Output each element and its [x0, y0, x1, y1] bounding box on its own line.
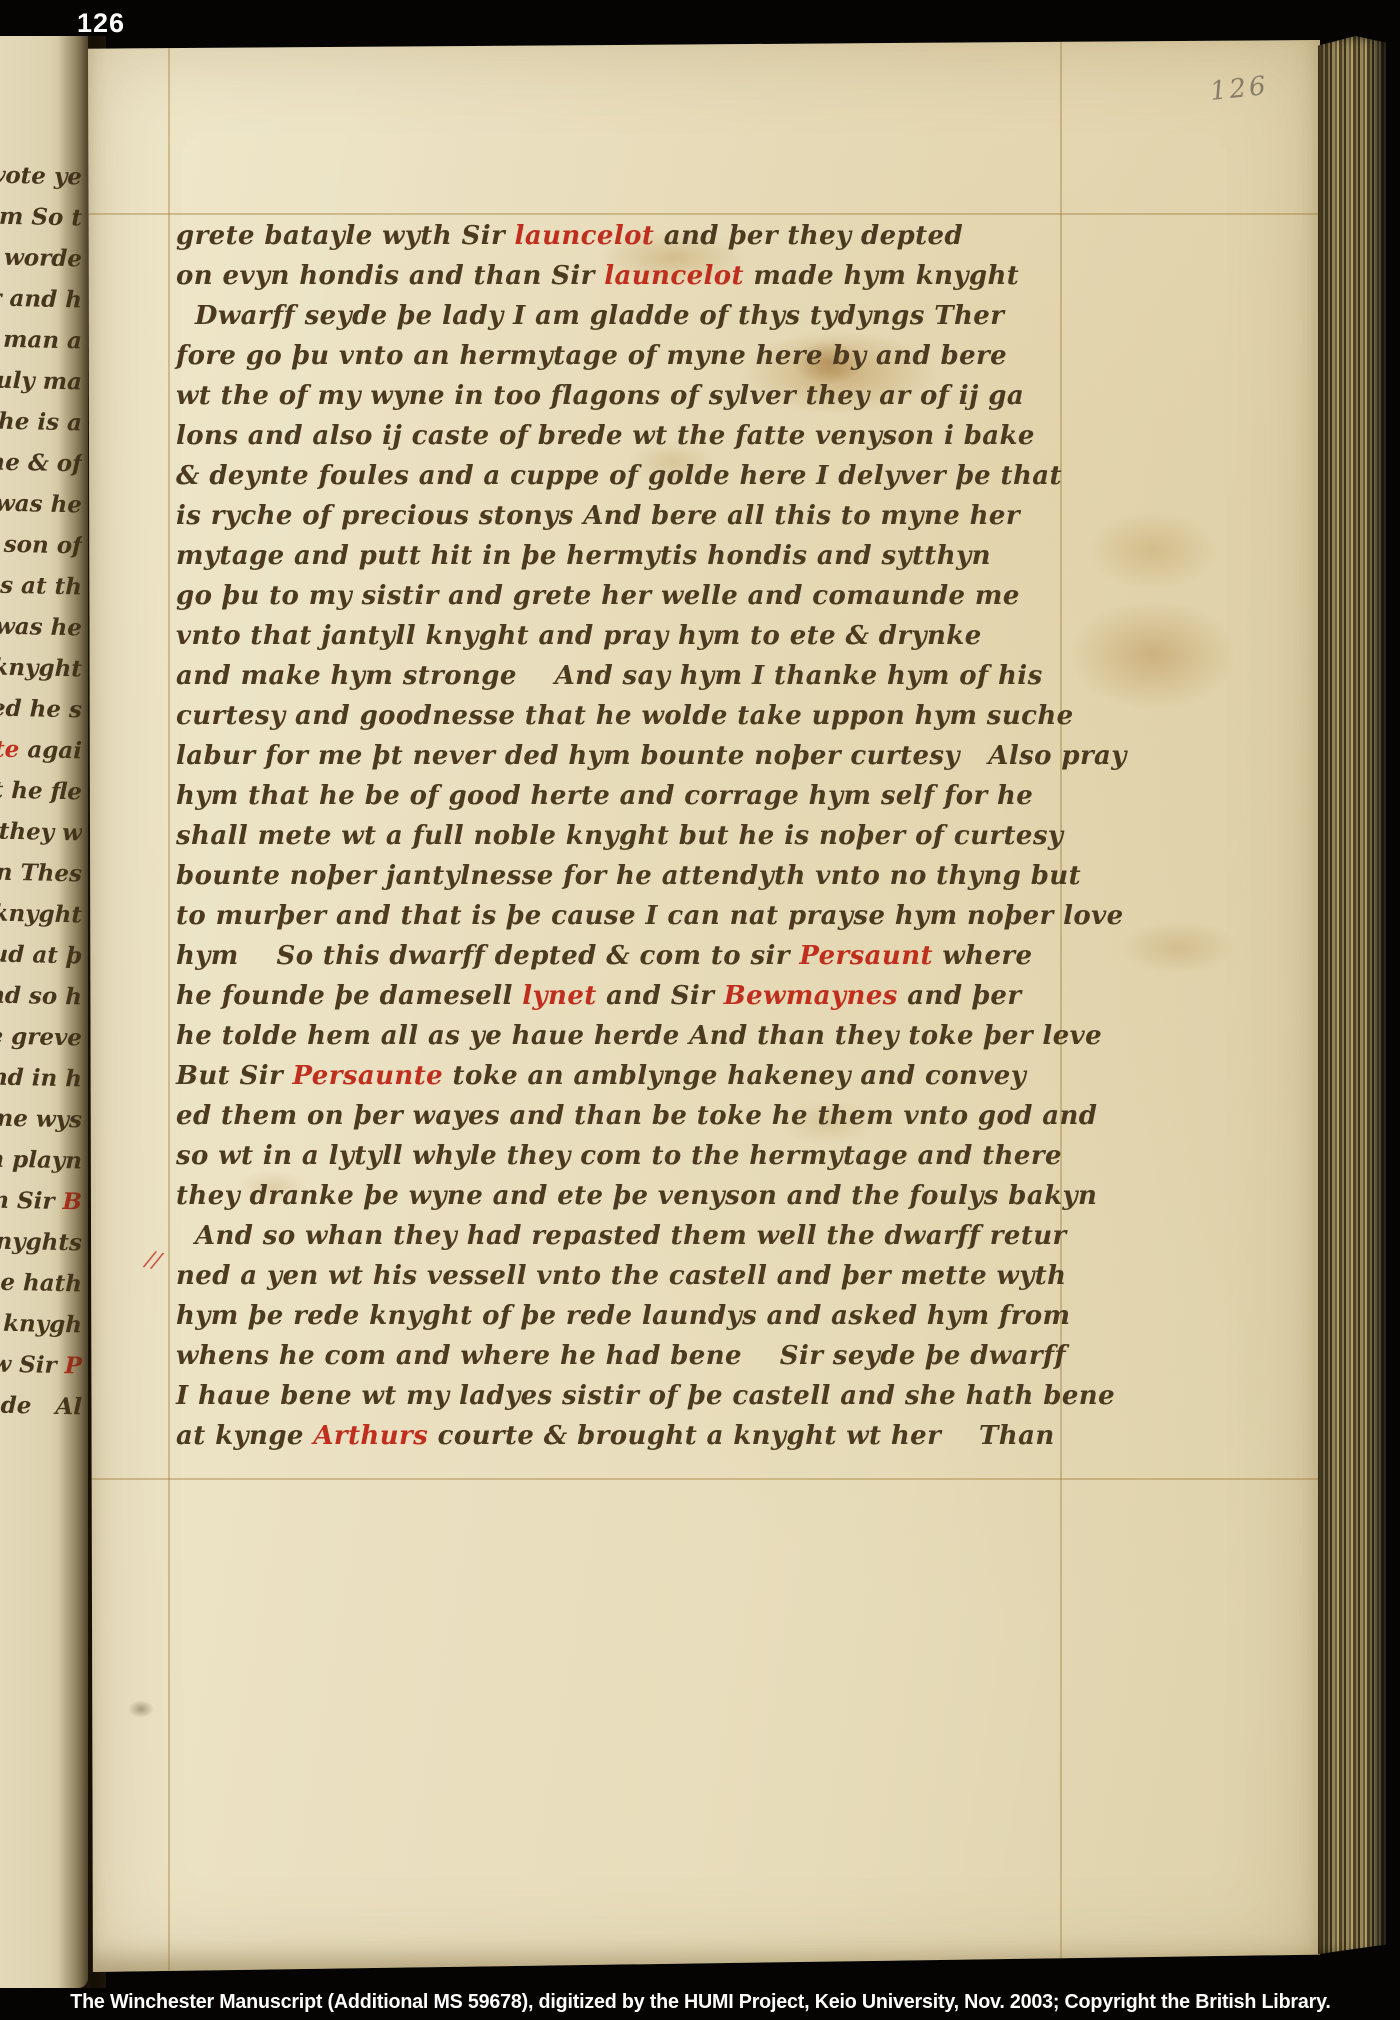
ink-text: hym þe rede knyght of þe rede laundys an…	[176, 1301, 1070, 1331]
rubric-red-text: Arthurs	[313, 1421, 428, 1451]
caption-text: The Winchester Manuscript (Additional MS…	[70, 1990, 1330, 2014]
ink-text: and make hym stronge And say hym I thank…	[176, 661, 1043, 691]
page-number-label: 126	[77, 8, 125, 39]
manuscript-line: I haue bene wt my ladyes sistir of þe ca…	[176, 1376, 1126, 1416]
manuscript-line: Dwarff seyde þe lady I am gladde of thys…	[176, 296, 1126, 336]
manuscript-line: whens he com and where he had bene Sir s…	[176, 1336, 1126, 1376]
manuscript-line: lons and also ij caste of brede wt the f…	[176, 416, 1126, 456]
ink-text: whens he com and where he had bene Sir s…	[176, 1341, 1066, 1371]
ink-text: where	[933, 941, 1033, 971]
rubric-red-text: Bewmaynes	[724, 981, 898, 1011]
manuscript-line: they dranke þe wyne and ete þe venyson a…	[176, 1176, 1126, 1216]
ink-text: curtesy and goodnesse that he wolde take…	[176, 701, 1074, 731]
manuscript-line: hym that he be of good herte and corrage…	[176, 776, 1126, 816]
ink-text: so wt in a lytyll whyle they com to the …	[176, 1141, 1062, 1171]
manuscript-line: hym þe rede knyght of þe rede laundys an…	[176, 1296, 1126, 1336]
manuscript-line: mytage and putt hit in þe hermytis hondi…	[176, 536, 1126, 576]
ink-text: of on com Sir	[0, 1184, 63, 1215]
manuscript-line: to murþer and that is þe cause I can nat…	[176, 896, 1126, 936]
ink-text: grete batayle wyth Sir	[176, 221, 515, 251]
ink-text: Dwarff seyde þe lady I am gladde of thys…	[176, 301, 1004, 331]
manuscript-line: labur for me þt never ded hym bounte noþ…	[176, 736, 1126, 776]
ruled-line-top	[88, 213, 1320, 215]
pencil-folio-number: 126	[1209, 71, 1270, 107]
ink-text: ntthrew Sir	[0, 1349, 65, 1379]
pencil-smudge	[128, 1700, 154, 1718]
manuscript-line: wt the of my wyne in too flagons of sylv…	[176, 376, 1126, 416]
marginal-mark: ∕∕	[144, 1247, 164, 1275]
ink-text: and þer	[898, 981, 1022, 1011]
ink-text: bounte noþer jantylnesse for he attendyt…	[176, 861, 1081, 891]
manuscript-line: at kynge Arthurs courte & brought a knyg…	[176, 1416, 1126, 1456]
manuscript-text-block: grete batayle wyth Sir launcelot and þer…	[176, 216, 1126, 1456]
ink-text: ned a yen wt his vessell vnto the castel…	[176, 1261, 1066, 1291]
ink-text: at kynge	[176, 1421, 313, 1451]
ink-text: to murþer and that is þe cause I can nat…	[176, 901, 1124, 931]
ink-text: he founde þe damesell	[176, 981, 522, 1011]
manuscript-line: and make hym stronge And say hym I thank…	[176, 656, 1126, 696]
ruled-line-bottom	[88, 1478, 1320, 1480]
ink-text: he tolde hem all as ye haue herde And th…	[176, 1021, 1102, 1051]
manuscript-line: is ryche of precious stonys And bere all…	[176, 496, 1126, 536]
ink-text: ed them on þer wayes and than be toke he…	[176, 1101, 1097, 1131]
ink-text: I haue bene wt my ladyes sistir of þe ca…	[176, 1381, 1115, 1411]
digitized-manuscript-viewer: 126 d yette wote yeght I am So teged had…	[0, 0, 1400, 2020]
manuscript-line: & deynte foules and a cuppe of golde her…	[176, 456, 1126, 496]
manuscript-line: curtesy and goodnesse that he wolde take…	[176, 696, 1126, 736]
ink-text: lons and also ij caste of brede wt the f…	[176, 421, 1035, 451]
ink-text: they dranke þe wyne and ete þe venyson a…	[176, 1181, 1097, 1211]
ink-text: toke an amblynge hakeney and convey	[443, 1061, 1026, 1091]
ink-text: shall mete wt a full noble knyght but he…	[176, 821, 1063, 851]
ink-text: courte & brought a knyght wt her Than	[428, 1421, 1055, 1451]
manuscript-line: so wt in a lytyll whyle they com to the …	[176, 1136, 1126, 1176]
manuscript-line: hym So this dwarff depted & com to sir P…	[176, 936, 1126, 976]
rubric-red-text: launcelot	[604, 261, 744, 291]
manuscript-line: And so whan they had repasted them well …	[176, 1216, 1126, 1256]
manuscript-line: ned a yen wt his vessell vnto the castel…	[176, 1256, 1126, 1296]
rubric-red-text: launcelot	[515, 221, 655, 251]
rubric-red-text: Persaunte	[293, 1061, 444, 1091]
manuscript-line: fore go þu vnto an hermytage of myne her…	[176, 336, 1126, 376]
rubric-red-text: ersaunte	[0, 734, 20, 763]
manuscript-line: grete batayle wyth Sir launcelot and þer…	[176, 216, 1126, 256]
ink-text: made hym knyght	[744, 261, 1019, 291]
ink-text: vnto that jantyll knyght and pray hym to…	[176, 621, 982, 651]
book-fore-edge	[1318, 36, 1386, 1956]
ink-text: fore go þu vnto an hermytage of myne her…	[176, 341, 1007, 371]
ink-text: hym So this dwarff depted & com to sir	[176, 941, 799, 971]
ink-text: and þer they depted	[654, 221, 963, 251]
ink-text: wt the of my wyne in too flagons of sylv…	[176, 381, 1024, 411]
manuscript-line: he founde þe damesell lynet and Sir Bewm…	[176, 976, 1126, 1016]
ink-text: labur for me þt never ded hym bounte noþ…	[176, 741, 1127, 771]
manuscript-page: 126 ∕∕ grete batayle wyth Sir launcelot …	[88, 40, 1320, 1972]
ink-text: is ryche of precious stonys And bere all…	[176, 501, 1020, 531]
ink-text: But Sir	[176, 1061, 293, 1091]
ruled-line-left-margin	[168, 40, 170, 1972]
manuscript-line: vnto that jantyll knyght and pray hym to…	[176, 616, 1126, 656]
ink-text: and Sir	[597, 981, 724, 1011]
rubric-red-text: lynet	[522, 981, 596, 1011]
manuscript-line: on evyn hondis and than Sir launcelot ma…	[176, 256, 1126, 296]
ink-text: & deynte foules and a cuppe of golde her…	[176, 461, 1062, 491]
manuscript-line: he tolde hem all as ye haue herde And th…	[176, 1016, 1126, 1056]
ink-text: And so whan they had repasted them well …	[176, 1221, 1067, 1251]
ink-text: on evyn hondis and than Sir	[176, 261, 604, 291]
stain	[1118, 920, 1238, 975]
manuscript-line: But Sir Persaunte toke an amblynge haken…	[176, 1056, 1126, 1096]
manuscript-line: bounte noþer jantylnesse for he attendyt…	[176, 856, 1126, 896]
ink-text: go þu to my sistir and grete her welle a…	[176, 581, 1020, 611]
rubric-red-text: Persaunt	[799, 941, 933, 971]
ink-text: hym that he be of good herte and corrage…	[176, 781, 1033, 811]
caption-bar: The Winchester Manuscript (Additional MS…	[0, 1970, 1400, 2020]
manuscript-line: ed them on þer wayes and than be toke he…	[176, 1096, 1126, 1136]
manuscript-line: go þu to my sistir and grete her welle a…	[176, 576, 1126, 616]
manuscript-line: shall mete wt a full noble knyght but he…	[176, 816, 1126, 856]
ink-text: mytage and putt hit in þe hermytis hondi…	[176, 541, 991, 571]
